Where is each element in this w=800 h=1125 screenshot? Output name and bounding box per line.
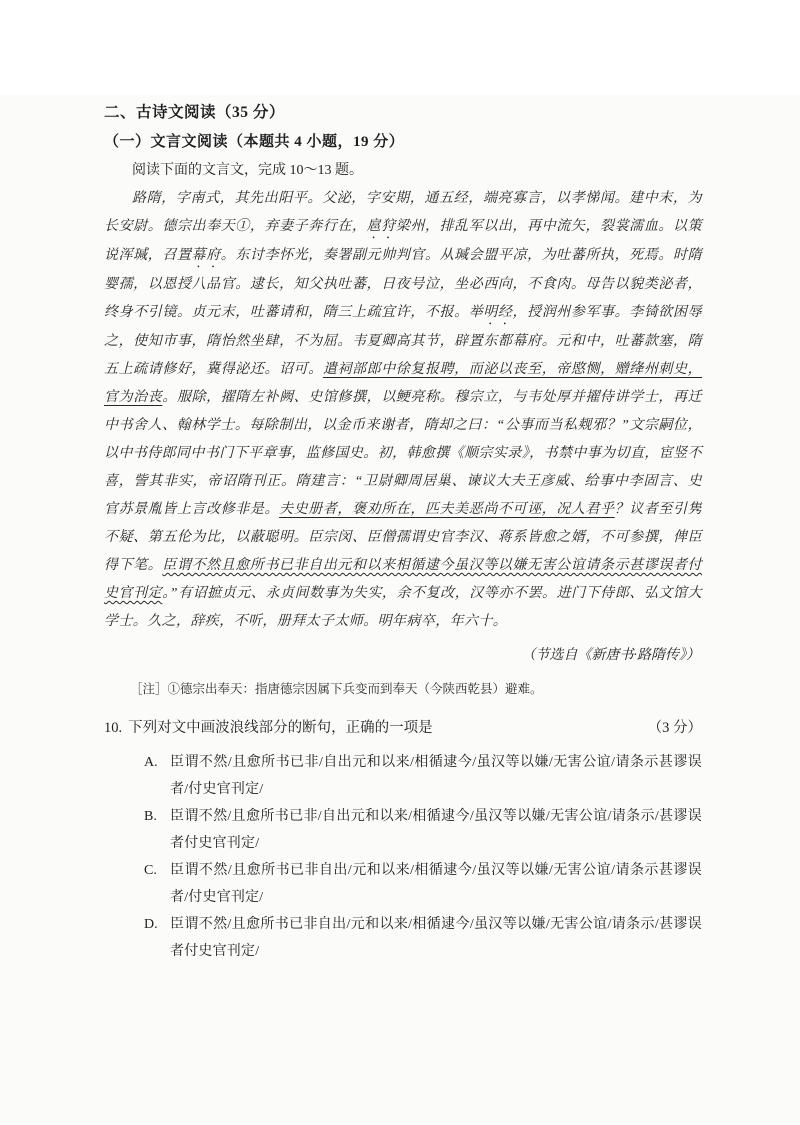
option-c-label: C. <box>144 857 170 884</box>
option-b: B. 臣谓不然/且愈所书已非/自出元和以来/相循逮今/虽汉等以嫌/无害公谊/请条… <box>144 803 702 857</box>
question-number: 10. <box>104 718 128 739</box>
option-d: D. 臣谓不然/且愈所书已非自出/元和以来/相循逮今/虽汉等以嫌/无害公谊/请条… <box>144 911 702 965</box>
option-d-label: D. <box>144 911 170 938</box>
question-score: （3 分） <box>638 718 702 739</box>
option-a-text: 臣谓不然/且愈所书已非/自出元和以来/相循逮今/虽汉等以嫌/无害公谊/请条示甚谬… <box>170 749 702 803</box>
passage-segment-plain: 。”有诏摭贞元、永贞间数事为失实，余不复改，汉等亦不罢。进门下侍郎、弘文馆大学士… <box>104 586 702 629</box>
option-b-label: B. <box>144 803 170 830</box>
option-a-label: A. <box>144 749 170 776</box>
option-d-text: 臣谓不然/且愈所书已非自出/元和以来/相循逮今/虽汉等以嫌/无害公谊/请条示/甚… <box>170 911 702 965</box>
option-b-text: 臣谓不然/且愈所书已非/自出元和以来/相循逮今/虽汉等以嫌/无害公谊/请条示/甚… <box>170 803 702 857</box>
source-attribution: （节选自《新唐书·路隋传》） <box>104 646 700 666</box>
section-heading: 二、古诗文阅读（35 分） <box>104 103 702 123</box>
exam-paper-page: 二、古诗文阅读（35 分） （一）文言文阅读（本题共 4 小题，19 分） 阅读… <box>0 0 800 1125</box>
reading-instruction: 阅读下面的文言文，完成 10～13 题。 <box>104 161 702 181</box>
page-content: 二、古诗文阅读（35 分） （一）文言文阅读（本题共 4 小题，19 分） 阅读… <box>0 0 800 965</box>
passage-segment-dots: 幕府 <box>192 248 221 263</box>
question-10-options: A. 臣谓不然/且愈所书已非/自出元和以来/相循逮今/虽汉等以嫌/无害公谊/请条… <box>104 749 702 965</box>
option-a: A. 臣谓不然/且愈所书已非/自出元和以来/相循逮今/虽汉等以嫌/无害公谊/请条… <box>144 749 702 803</box>
passage-text: 路隋，字南式，其先出阳平。父泌，字安期，通五经，端亮寡言，以孝悌闻。建中末，为长… <box>104 185 702 636</box>
footnote: ［注］①德宗出奉天：指唐德宗因属下兵变而到奉天（今陕西乾县）避难。 <box>130 680 702 698</box>
passage-segment-dots: 明经 <box>483 305 512 320</box>
question-stem: 下列对文中画波浪线部分的断句，正确的一项是 <box>128 718 638 739</box>
question-10-stem-row: 10. 下列对文中画波浪线部分的断句，正确的一项是 （3 分） <box>104 718 702 739</box>
passage-segment-plain: 。服除，擢隋左补阙、史馆修撰，以鲠亮称。穆宗立，与韦处厚并擢侍讲学士，再迁中书舍… <box>104 390 702 517</box>
option-c: C. 臣谓不然/且愈所书已非自出/元和以来/相循逮今/虽汉等以嫌/无害公谊/请条… <box>144 857 702 911</box>
question-10: 10. 下列对文中画波浪线部分的断句，正确的一项是 （3 分） A. 臣谓不然/… <box>104 718 702 965</box>
passage-segment-dots: 扈狩 <box>367 219 396 234</box>
option-c-text: 臣谓不然/且愈所书已非自出/元和以来/相循逮今/虽汉等以嫌/无害公谊/请条示甚谬… <box>170 857 702 911</box>
subsection-heading: （一）文言文阅读（本题共 4 小题，19 分） <box>104 132 702 152</box>
passage-segment-underline: 夫史册者，褒劝所在，匹夫美恶尚不可诬，况人君乎 <box>279 502 615 517</box>
